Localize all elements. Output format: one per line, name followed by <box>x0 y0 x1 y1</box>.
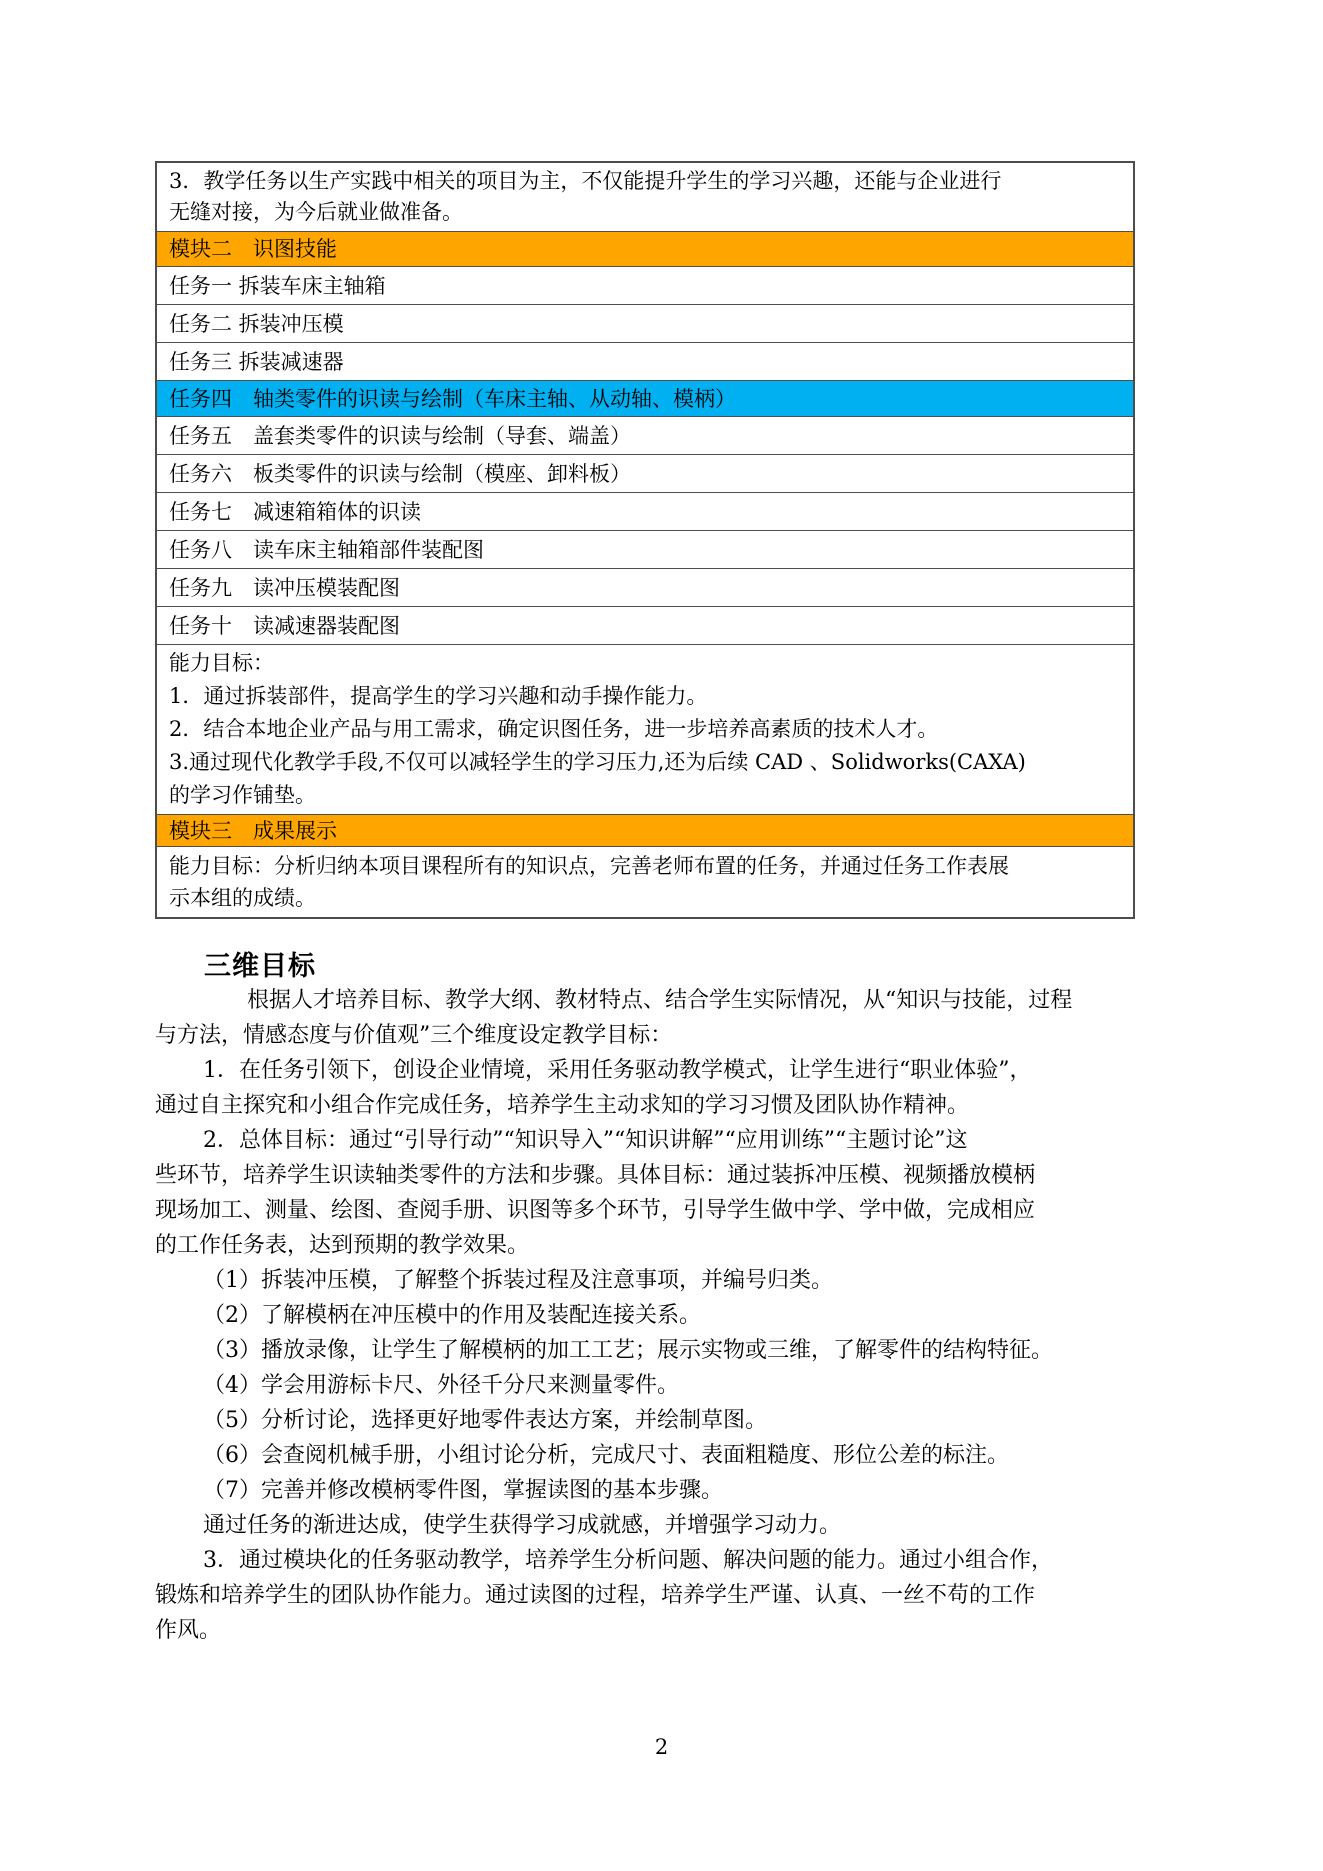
task-row-9: 任务九 读冲压模装配图 <box>157 568 1133 606</box>
list-item-7: （7）完善并修改模柄零件图，掌握读图的基本步骤。 <box>155 1473 1168 1508</box>
section-heading-three-dimensional-goals: 三维目标 <box>204 944 316 983</box>
task-row-3: 任务三 拆装减速器 <box>157 342 1133 380</box>
ability-goals-row: 能力目标： 1．通过拆装部件，提高学生的学习兴趣和动手操作能力。 2．结合本地企… <box>157 644 1133 814</box>
document-page: 3．教学任务以生产实践中相关的项目为主，不仅能提升学生的学习兴趣，还能与企业进行… <box>0 0 1323 1871</box>
table-row-intro: 3．教学任务以生产实践中相关的项目为主，不仅能提升学生的学习兴趣，还能与企业进行… <box>157 163 1133 231</box>
module2-header-row: 模块二 识图技能 <box>157 231 1133 266</box>
task-row-10: 任务十 读减速器装配图 <box>157 606 1133 644</box>
task-row-7: 任务七 减速箱箱体的识读 <box>157 492 1133 530</box>
paragraph-goal-3: 3．通过模块化的任务驱动教学，培养学生分析问题、解决问题的能力。通过小组合作， … <box>155 1543 1168 1648</box>
course-module-table: 3．教学任务以生产实践中相关的项目为主，不仅能提升学生的学习兴趣，还能与企业进行… <box>155 161 1135 919</box>
task-row-5: 任务五 盖套类零件的识读与绘制（导套、端盖） <box>157 416 1133 454</box>
list-item-1: （1）拆装冲压模，了解整个拆装过程及注意事项，并编号归类。 <box>155 1263 1168 1298</box>
task-row-8: 任务八 读车床主轴箱部件装配图 <box>157 530 1133 568</box>
list-item-3: （3）播放录像，让学生了解模柄的加工工艺；展示实物或三维，了解零件的结构特征。 <box>155 1333 1168 1368</box>
list-item-6: （6）会查阅机械手册，小组讨论分析，完成尺寸、表面粗糙度、形位公差的标注。 <box>155 1438 1168 1473</box>
paragraph-goal-2: 2．总体目标：通过“引导行动”“知识导入”“知识讲解”“应用训练”“主题讨论”这… <box>155 1123 1168 1263</box>
module3-ability-row: 能力目标：分析归纳本项目课程所有的知识点，完善老师布置的任务，并通过任务工作表展… <box>157 846 1133 917</box>
module3-header-row: 模块三 成果展示 <box>157 814 1133 846</box>
paragraph-overview: 根据人才培养目标、教学大纲、教材特点、结合学生实际情况，从“知识与技能，过程 与… <box>155 983 1168 1053</box>
task-row-4-highlighted: 任务四 轴类零件的识读与绘制（车床主轴、从动轴、模柄） <box>157 380 1133 416</box>
section-body: 根据人才培养目标、教学大纲、教材特点、结合学生实际情况，从“知识与技能，过程 与… <box>155 983 1168 1648</box>
task-row-6: 任务六 板类零件的识读与绘制（模座、卸料板） <box>157 454 1133 492</box>
task-row-1: 任务一 拆装车床主轴箱 <box>157 266 1133 304</box>
list-item-2: （2）了解模柄在冲压模中的作用及装配连接关系。 <box>155 1298 1168 1333</box>
paragraph-goal-1: 1．在任务引领下，创设企业情境，采用任务驱动教学模式，让学生进行“职业体验”， … <box>155 1053 1168 1123</box>
paragraph-summary: 通过任务的渐进达成，使学生获得学习成就感，并增强学习动力。 <box>155 1508 1168 1543</box>
page-number: 2 <box>0 1735 1323 1759</box>
task-row-2: 任务二 拆装冲压模 <box>157 304 1133 342</box>
list-item-4: （4）学会用游标卡尺、外径千分尺来测量零件。 <box>155 1368 1168 1403</box>
list-item-5: （5）分析讨论，选择更好地零件表达方案，并绘制草图。 <box>155 1403 1168 1438</box>
